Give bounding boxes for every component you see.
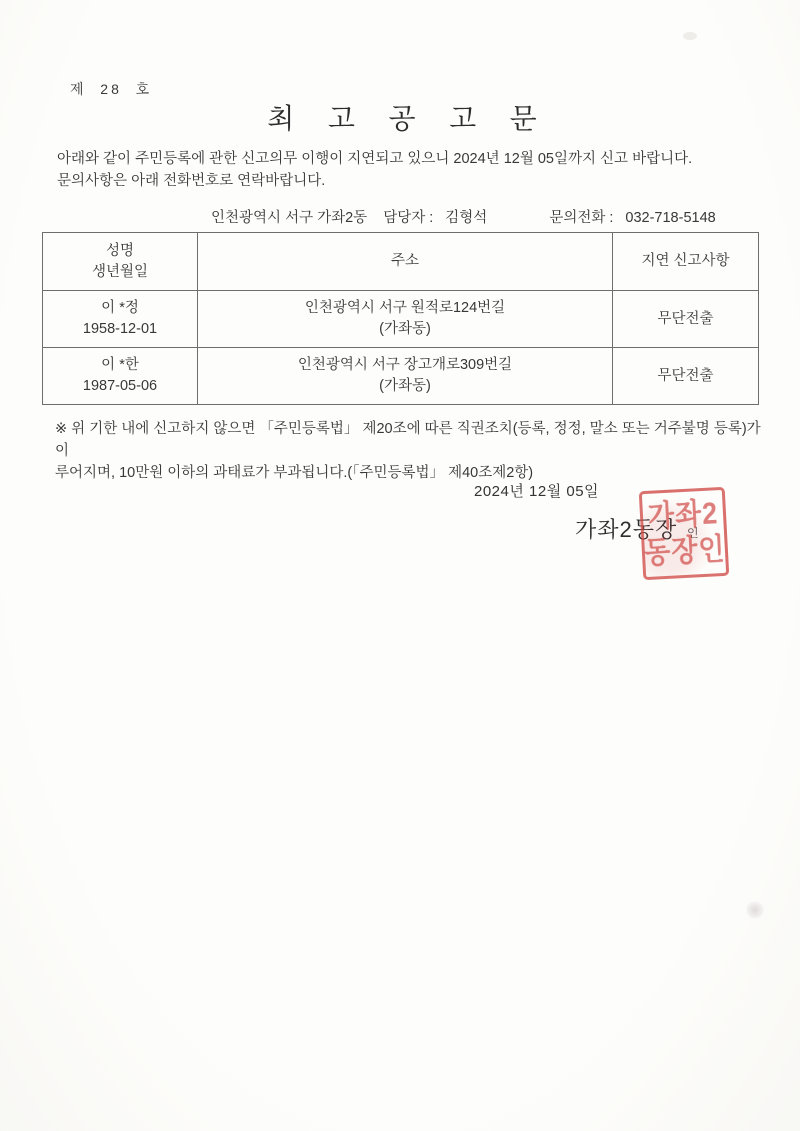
document-number: 제 28 호: [70, 79, 152, 99]
address-line-2: (가좌동): [202, 319, 608, 340]
scan-artifact-speck: [746, 901, 764, 919]
intro-paragraph: 아래와 같이 주민등록에 관한 신고의무 이행이 지연되고 있으니 2024년 …: [57, 148, 757, 192]
phone-number: 032-718-5148: [625, 210, 715, 226]
cell-delayed-item: 무단전출: [613, 291, 759, 348]
official-seal-stamp-icon: 가좌2 동장인: [639, 487, 730, 580]
person-birth-date: 1958-12-01: [47, 319, 193, 340]
intro-line-2: 문의사항은 아래 전화번호로 연락바랍니다.: [57, 170, 757, 192]
address-line-1: 인천광역시 서구 원적로124번길: [202, 298, 608, 319]
office-name: 인천광역시 서구 가좌2동: [211, 210, 367, 226]
person-name: 이 *정: [47, 298, 193, 319]
cell-address: 인천광역시 서구 장고개로309번길 (가좌동): [198, 348, 613, 405]
document-title: 최 고 공 고 문: [0, 97, 800, 137]
phone-label: 문의전화 :: [549, 210, 613, 226]
scan-artifact-smudge: [683, 32, 697, 40]
cell-address: 인천광역시 서구 원적로124번길 (가좌동): [198, 291, 613, 348]
delayed-report-table: 성명 생년월일 주소 지연 신고사항 이 *정 1958-12-01 인천광역시…: [42, 232, 759, 405]
intro-line-1: 아래와 같이 주민등록에 관한 신고의무 이행이 지연되고 있으니 2024년 …: [57, 148, 757, 170]
stamp-text-line-2: 동장인: [644, 535, 727, 569]
cell-name-birth: 이 *정 1958-12-01: [43, 291, 198, 348]
legal-note-line-1: ※ 위 기한 내에 신고하지 않으면 「주민등록법」 제20조에 따른 직권조치…: [55, 418, 761, 462]
cell-name-birth: 이 *한 1987-05-06: [43, 348, 198, 405]
legal-note-line-2: 루어지며, 10만원 이하의 과태료가 부과됩니다.(「주민등록법」 제40조제…: [55, 462, 761, 484]
person-birth-date: 1987-05-06: [47, 376, 193, 397]
stamp-text-line-1: 가좌2: [647, 498, 719, 532]
contact-label: 담당자 :: [383, 210, 433, 226]
table-row: 이 *정 1958-12-01 인천광역시 서구 원적로124번길 (가좌동) …: [43, 291, 759, 348]
cell-delayed-item: 무단전출: [613, 348, 759, 405]
table-row: 이 *한 1987-05-06 인천광역시 서구 장고개로309번길 (가좌동)…: [43, 348, 759, 405]
header-address: 주소: [198, 233, 613, 291]
header-name-birth: 성명 생년월일: [43, 233, 198, 291]
legal-note: ※ 위 기한 내에 신고하지 않으면 「주민등록법」 제20조에 따른 직권조치…: [55, 418, 761, 484]
person-name: 이 *한: [47, 355, 193, 376]
header-name-label: 성명: [47, 241, 193, 262]
address-line-2: (가좌동): [202, 376, 608, 397]
header-delayed-item: 지연 신고사항: [613, 233, 759, 291]
table-header-row: 성명 생년월일 주소 지연 신고사항: [43, 233, 759, 291]
contact-name: 김형석: [445, 210, 487, 226]
issue-date: 2024년 12월 05일: [474, 480, 599, 501]
office-contact-line: 인천광역시 서구 가좌2동담당자 :김형석문의전화 :032-718-5148: [211, 206, 716, 227]
address-line-1: 인천광역시 서구 장고개로309번길: [202, 355, 608, 376]
scanned-notice-document: 제 28 호 최 고 공 고 문 아래와 같이 주민등록에 관한 신고의무 이행…: [0, 0, 800, 1131]
header-birth-label: 생년월일: [47, 262, 193, 283]
